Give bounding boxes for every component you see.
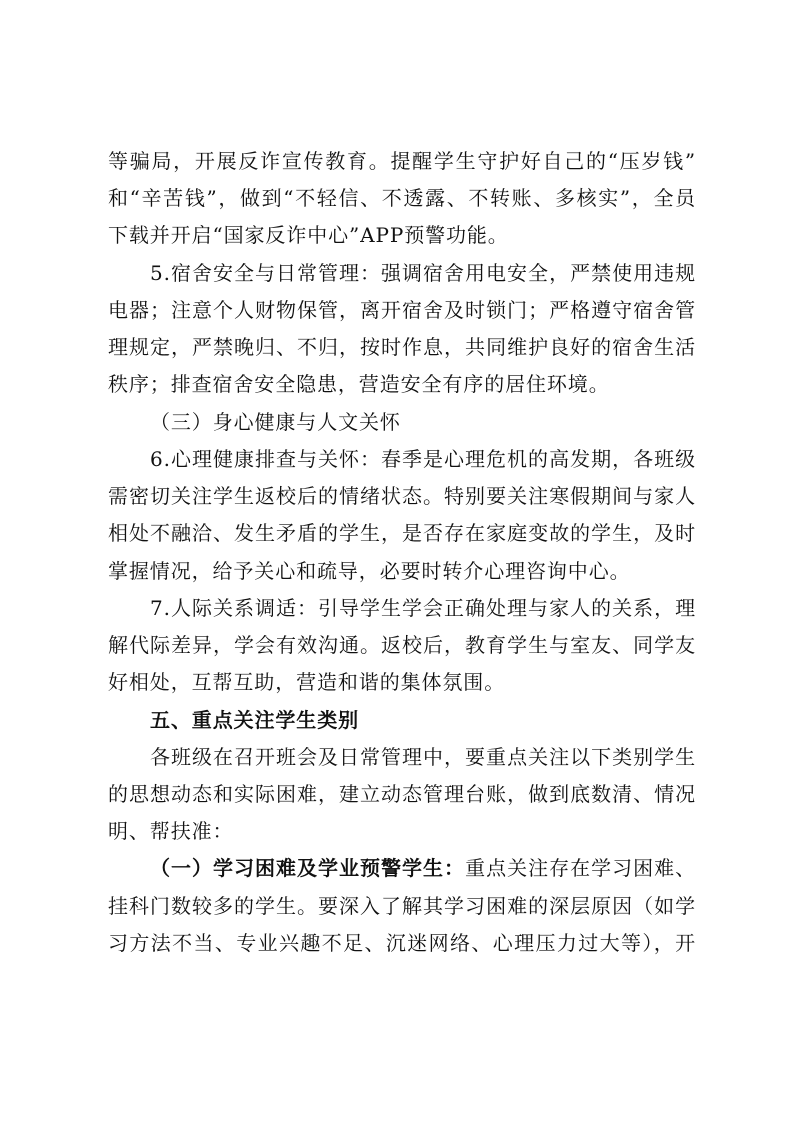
paragraph-learning-difficulty: （一）学习困难及学业预警学生：重点关注存在学习困难、 挂科门数较多的学生。要深入… (108, 850, 696, 962)
heading-key-student-categories: 五、重点关注学生类别 (108, 702, 696, 739)
paragraph-interpersonal: 7.人际关系调适：引导学生学会正确处理与家人的关系，理 解代际差异，学会有效沟通… (108, 590, 696, 702)
text-line: 6.心理健康排查与关怀：春季是心理危机的高发期，各班级 (108, 441, 696, 478)
paragraph-lead: （一）学习困难及学业预警学生： (150, 856, 465, 880)
text-line: （一）学习困难及学业预警学生：重点关注存在学习困难、 (108, 850, 696, 887)
text-line: 等骗局，开展反诈宣传教育。提醒学生守护好自己的“压岁钱” (108, 143, 696, 180)
paragraph-categories-intro: 各班级在召开班会及日常管理中，要重点关注以下类别学生 的思想动态和实际困难，建立… (108, 739, 696, 851)
text-line: 7.人际关系调适：引导学生学会正确处理与家人的关系，理 (108, 590, 696, 627)
document-page: 等骗局，开展反诈宣传教育。提醒学生守护好自己的“压岁钱” 和“辛苦钱”，做到“不… (0, 0, 793, 1122)
text-line: 需密切关注学生返校后的情绪状态。特别要关注寒假期间与家人 (108, 478, 696, 515)
paragraph-dormitory-safety: 5.宿舍安全与日常管理：强调宿舍用电安全，严禁使用违规 电器；注意个人财物保管，… (108, 255, 696, 404)
text-line: 下载并开启“国家反诈中心”APP预警功能。 (108, 217, 696, 254)
text-line: 电器；注意个人财物保管，离开宿舍及时锁门；严格遵守宿舍管 (108, 292, 696, 329)
text-line: 好相处，互帮互助，营造和谐的集体氛围。 (108, 664, 696, 701)
section-heading: 五、重点关注学生类别 (108, 702, 696, 739)
paragraph-mental-health-check: 6.心理健康排查与关怀：春季是心理危机的高发期，各班级 需密切关注学生返校后的情… (108, 441, 696, 590)
text-line: 秩序；排查宿舍安全隐患，营造安全有序的居住环境。 (108, 366, 696, 403)
document-body: 等骗局，开展反诈宣传教育。提醒学生守护好自己的“压岁钱” 和“辛苦钱”，做到“不… (108, 143, 696, 962)
text-line: 习方法不当、专业兴趣不足、沉迷网络、心理压力过大等），开 (108, 925, 696, 962)
text-line: 掌握情况，给予关心和疏导，必要时转介心理咨询中心。 (108, 553, 696, 590)
paragraph-anti-fraud: 等骗局，开展反诈宣传教育。提醒学生守护好自己的“压岁钱” 和“辛苦钱”，做到“不… (108, 143, 696, 255)
text-line: 5.宿舍安全与日常管理：强调宿舍用电安全，严禁使用违规 (108, 255, 696, 292)
text-line: 明、帮扶准： (108, 813, 696, 850)
text-line: 挂科门数较多的学生。要深入了解其学习困难的深层原因（如学 (108, 888, 696, 925)
text-line: 各班级在召开班会及日常管理中，要重点关注以下类别学生 (108, 739, 696, 776)
text-line: 解代际差异，学会有效沟通。返校后，教育学生与室友、同学友 (108, 627, 696, 664)
text-line: 理规定，严禁晚归、不归，按时作息，共同维护良好的宿舍生活 (108, 329, 696, 366)
text-line: 的思想动态和实际困难，建立动态管理台账，做到底数清、情况 (108, 776, 696, 813)
text-run: 重点关注存在学习困难、 (465, 856, 696, 880)
section-subheading: （三）身心健康与人文关怀 (108, 404, 696, 441)
subheading-mental-health: （三）身心健康与人文关怀 (108, 404, 696, 441)
text-line: 和“辛苦钱”，做到“不轻信、不透露、不转账、多核实”，全员 (108, 180, 696, 217)
text-line: 相处不融洽、发生矛盾的学生，是否存在家庭变故的学生，及时 (108, 515, 696, 552)
